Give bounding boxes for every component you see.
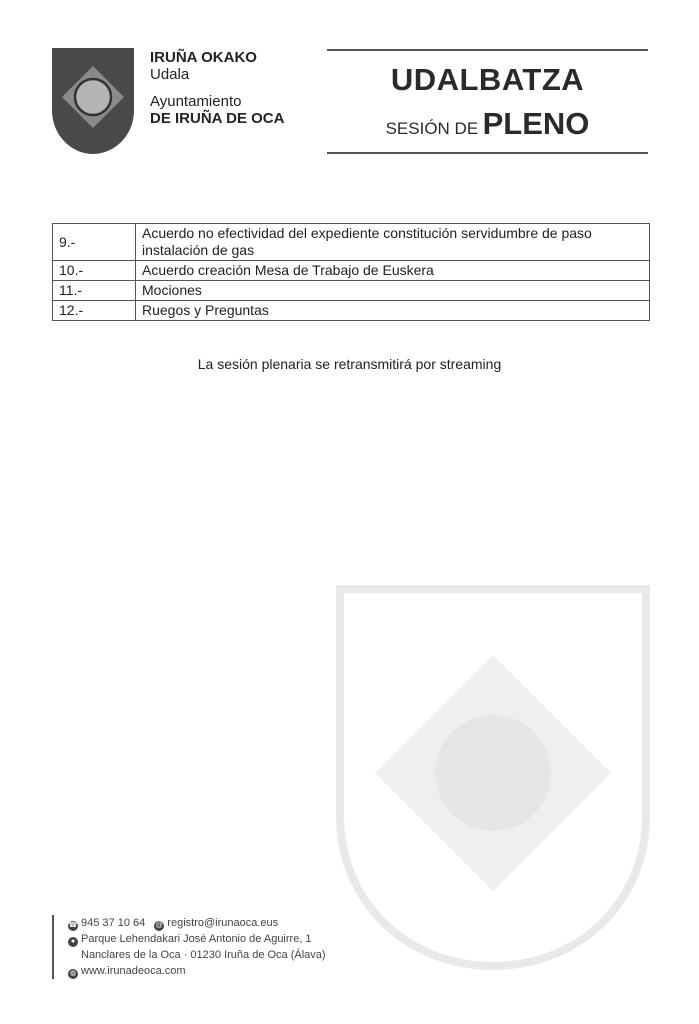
municipal-shield-logo xyxy=(52,48,134,154)
agenda-item: Mociones xyxy=(136,281,650,301)
phone-icon: ☎ xyxy=(68,921,78,931)
org-basque-name: IRUÑA OKAKO xyxy=(150,49,284,66)
org-spanish-name: Ayuntamiento xyxy=(150,93,284,110)
address-line-1: Parque Lehendakari José Antonio de Aguir… xyxy=(81,933,312,945)
agenda-item: Ruegos y Preguntas xyxy=(136,301,650,321)
at-icon: @ xyxy=(154,921,164,931)
shield-watermark xyxy=(336,585,650,970)
location-pin-icon: ● xyxy=(68,937,78,947)
table-row: 10.- Acuerdo creación Mesa de Trabajo de… xyxy=(53,261,650,281)
streaming-notice: La sesión plenaria se retransmitirá por … xyxy=(0,356,699,372)
website-link[interactable]: www.irunadeoca.com xyxy=(81,965,186,977)
table-row: 9.- Acuerdo no efectividad del expedient… xyxy=(53,224,650,261)
agenda-number: 12.- xyxy=(53,301,136,321)
table-row: 12.- Ruegos y Preguntas xyxy=(53,301,650,321)
document-title: UDALBATZA xyxy=(327,62,648,98)
agenda-number: 11.- xyxy=(53,281,136,301)
phone-number: 945 37 10 64 xyxy=(81,917,145,929)
org-spanish-subtitle: DE IRUÑA DE OCA xyxy=(150,110,284,127)
organization-name: IRUÑA OKAKO Udala Ayuntamiento DE IRUÑA … xyxy=(150,49,284,127)
header-divider-top xyxy=(327,49,648,51)
email-link[interactable]: registro@irunaoca.eus xyxy=(167,917,278,929)
document-subtitle: SESIÓN DE PLENO xyxy=(327,106,648,142)
org-basque-subtitle: Udala xyxy=(150,66,284,83)
agenda-item: Acuerdo no efectividad del expediente co… xyxy=(136,224,650,261)
table-row: 11.- Mociones xyxy=(53,281,650,301)
subtitle-main: PLENO xyxy=(483,106,590,141)
contact-footer: ☎945 37 10 64 @registro@irunaoca.eus ●Pa… xyxy=(52,915,326,979)
agenda-number: 9.- xyxy=(53,224,136,261)
header-divider-bottom xyxy=(327,152,648,154)
agenda-item: Acuerdo creación Mesa de Trabajo de Eusk… xyxy=(136,261,650,281)
agenda-number: 10.- xyxy=(53,261,136,281)
subtitle-prefix: SESIÓN DE xyxy=(386,119,479,138)
address-line-2: Nanclares de la Oca · 01230 Iruña de Oca… xyxy=(68,947,326,963)
agenda-table: 9.- Acuerdo no efectividad del expedient… xyxy=(52,223,650,321)
globe-icon: ◍ xyxy=(68,969,78,979)
